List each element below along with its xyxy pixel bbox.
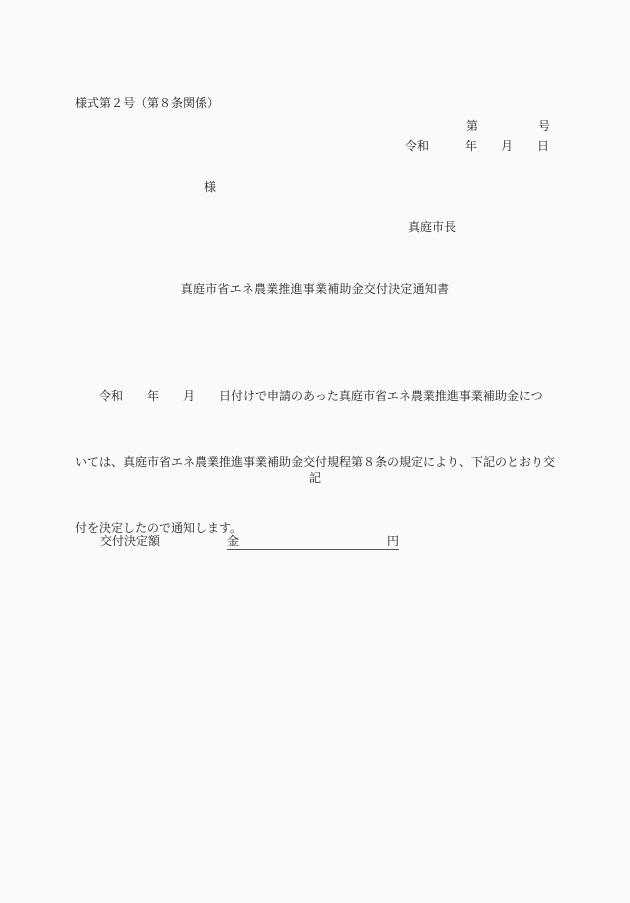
document-title: 真庭市省エネ農業推進事業補助金交付決定通知書: [0, 282, 630, 296]
body-line: いては、真庭市省エネ農業推進事業補助金交付規程第８条の規定により、下記のとおり交: [75, 451, 559, 473]
document-page: 様式第２号（第８条関係） 第 号 令和 年 月 日 様 真庭市長 真庭市省エネ農…: [0, 0, 630, 903]
currency-prefix: 金: [227, 534, 239, 548]
sender-name: 真庭市長: [408, 220, 456, 234]
body-line: 令和 年 月 日付けで申請のあった真庭市省エネ農業推進事業補助金につ: [75, 385, 559, 407]
addressee-honorific: 様: [204, 180, 216, 194]
grant-amount-label: 交付決定額: [100, 534, 160, 548]
grant-amount-field: 金 円: [227, 534, 399, 550]
document-number-line: 第 号: [466, 119, 550, 133]
form-number: 様式第２号（第８条関係）: [75, 96, 219, 110]
currency-suffix: 円: [387, 534, 399, 548]
record-marker: 記: [0, 471, 630, 485]
date-line: 令和 年 月 日: [405, 139, 549, 153]
